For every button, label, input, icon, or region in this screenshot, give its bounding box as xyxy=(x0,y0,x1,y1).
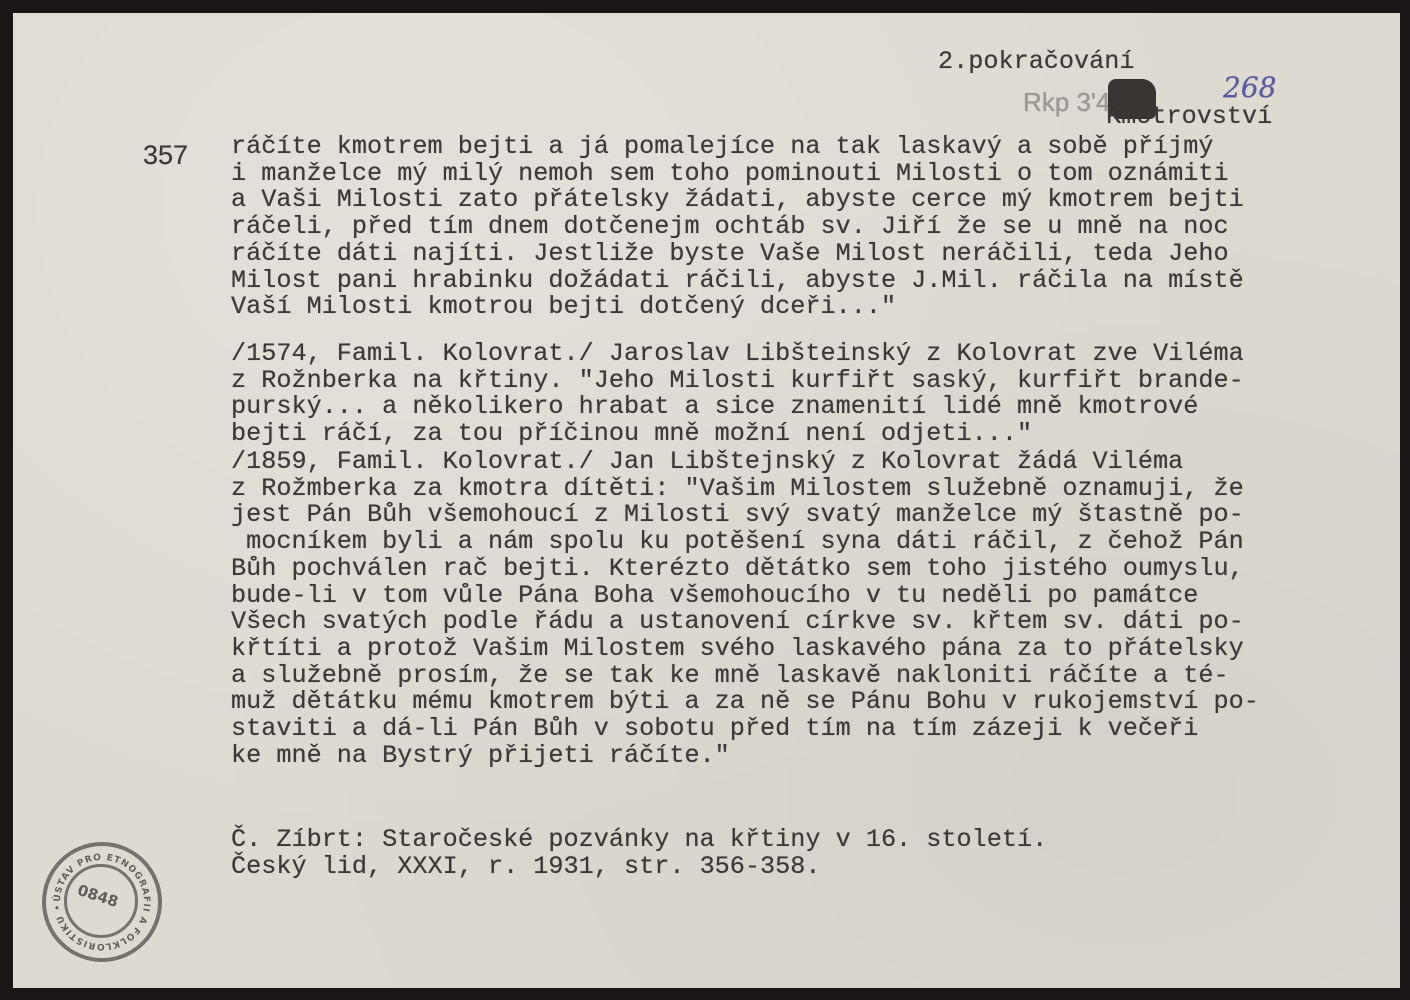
text-line: i manželce mý milý nemoh sem toho pomino… xyxy=(231,161,1244,188)
stamp-number: 0848 xyxy=(75,881,120,911)
text-line: muž dětátku mému kmotrem býti a za ně se… xyxy=(231,689,1259,716)
text-line: /1859, Famil. Kolovrat./ Jan Libštejnský… xyxy=(231,449,1259,476)
paragraph-2: /1574, Famil. Kolovrat./ Jaroslav Libšte… xyxy=(231,341,1244,448)
text-line: ke mně na Bystrý přijeti ráčíte." xyxy=(231,743,1259,770)
text-line: jest Pán Bůh všemohoucí z Milosti svý sv… xyxy=(231,502,1259,529)
text-line: křtíti a protož Vašim Milostem svého las… xyxy=(231,636,1259,663)
handwritten-number: 268 xyxy=(1223,75,1276,102)
text-line: mocníkem byli a nám spolu ku potěšení sy… xyxy=(231,529,1259,556)
text-line: Český lid, XXXI, r. 1931, str. 356-358. xyxy=(231,854,1047,881)
text-line: a Vaši Milosti zato přátelsky žádati, ab… xyxy=(231,187,1244,214)
text-line: z Rožnberka na křtiny. "Jeho Milosti kur… xyxy=(231,368,1244,395)
paragraph-1: ráčíte kmotrem bejti a já pomalejíce na … xyxy=(231,134,1244,321)
text-line: ráčíte dáti najíti. Jestliže byste Vaše … xyxy=(231,241,1244,268)
archive-signature: Rkp 3'4 xyxy=(1023,89,1110,116)
text-line: ráčíte kmotrem bejti a já pomalejíce na … xyxy=(231,134,1244,161)
paragraph-3: /1859, Famil. Kolovrat./ Jan Libštejnský… xyxy=(231,449,1259,769)
text-line: Všech svatých podle řádu a ustanovení cí… xyxy=(231,609,1259,636)
text-line: z Rožmberka za kmotra dítěti: "Vašim Mil… xyxy=(231,476,1259,503)
text-line: Bůh pochválen rač bejti. Kterézto dětátk… xyxy=(231,556,1259,583)
stamp-inner-ring: 0848 xyxy=(64,864,138,938)
entry-number: 357 xyxy=(143,142,188,169)
text-line: bejti ráčí, za tou příčinou mně možní ne… xyxy=(231,421,1244,448)
text-line: a služebně prosím, že se tak ke mně lask… xyxy=(231,663,1259,690)
institution-stamp-icon: ÚSTAV PRO ETNOGRAFII A FOLKLORISTIKU • P… xyxy=(42,842,162,962)
continuation-label: 2.pokračování xyxy=(938,49,1135,76)
archive-card: 2.pokračování Rkp 3'4 268 Kmotrovství 35… xyxy=(13,13,1400,988)
text-line: Vaší Milosti kmotrou bejti dotčený dceři… xyxy=(231,294,1244,321)
text-line: Milost pani hrabinku dožádati ráčili, ab… xyxy=(231,268,1244,295)
text-line: purský... a několikero hrabat a sice zna… xyxy=(231,394,1244,421)
text-line: bude-li v tom vůle Pána Boha všemohoucíh… xyxy=(231,583,1259,610)
text-line: /1574, Famil. Kolovrat./ Jaroslav Libšte… xyxy=(231,341,1244,368)
text-line: ráčeli, před tím dnem dotčenejm ochtáb s… xyxy=(231,214,1244,241)
bibliographic-reference: Č. Zíbrt: Staročeské pozvánky na křtiny … xyxy=(231,827,1047,880)
subject-heading: Kmotrovství xyxy=(1106,104,1272,131)
text-line: staviti a dá-li Pán Bůh v sobotu před tí… xyxy=(231,716,1259,743)
text-line: Č. Zíbrt: Staročeské pozvánky na křtiny … xyxy=(231,827,1047,854)
